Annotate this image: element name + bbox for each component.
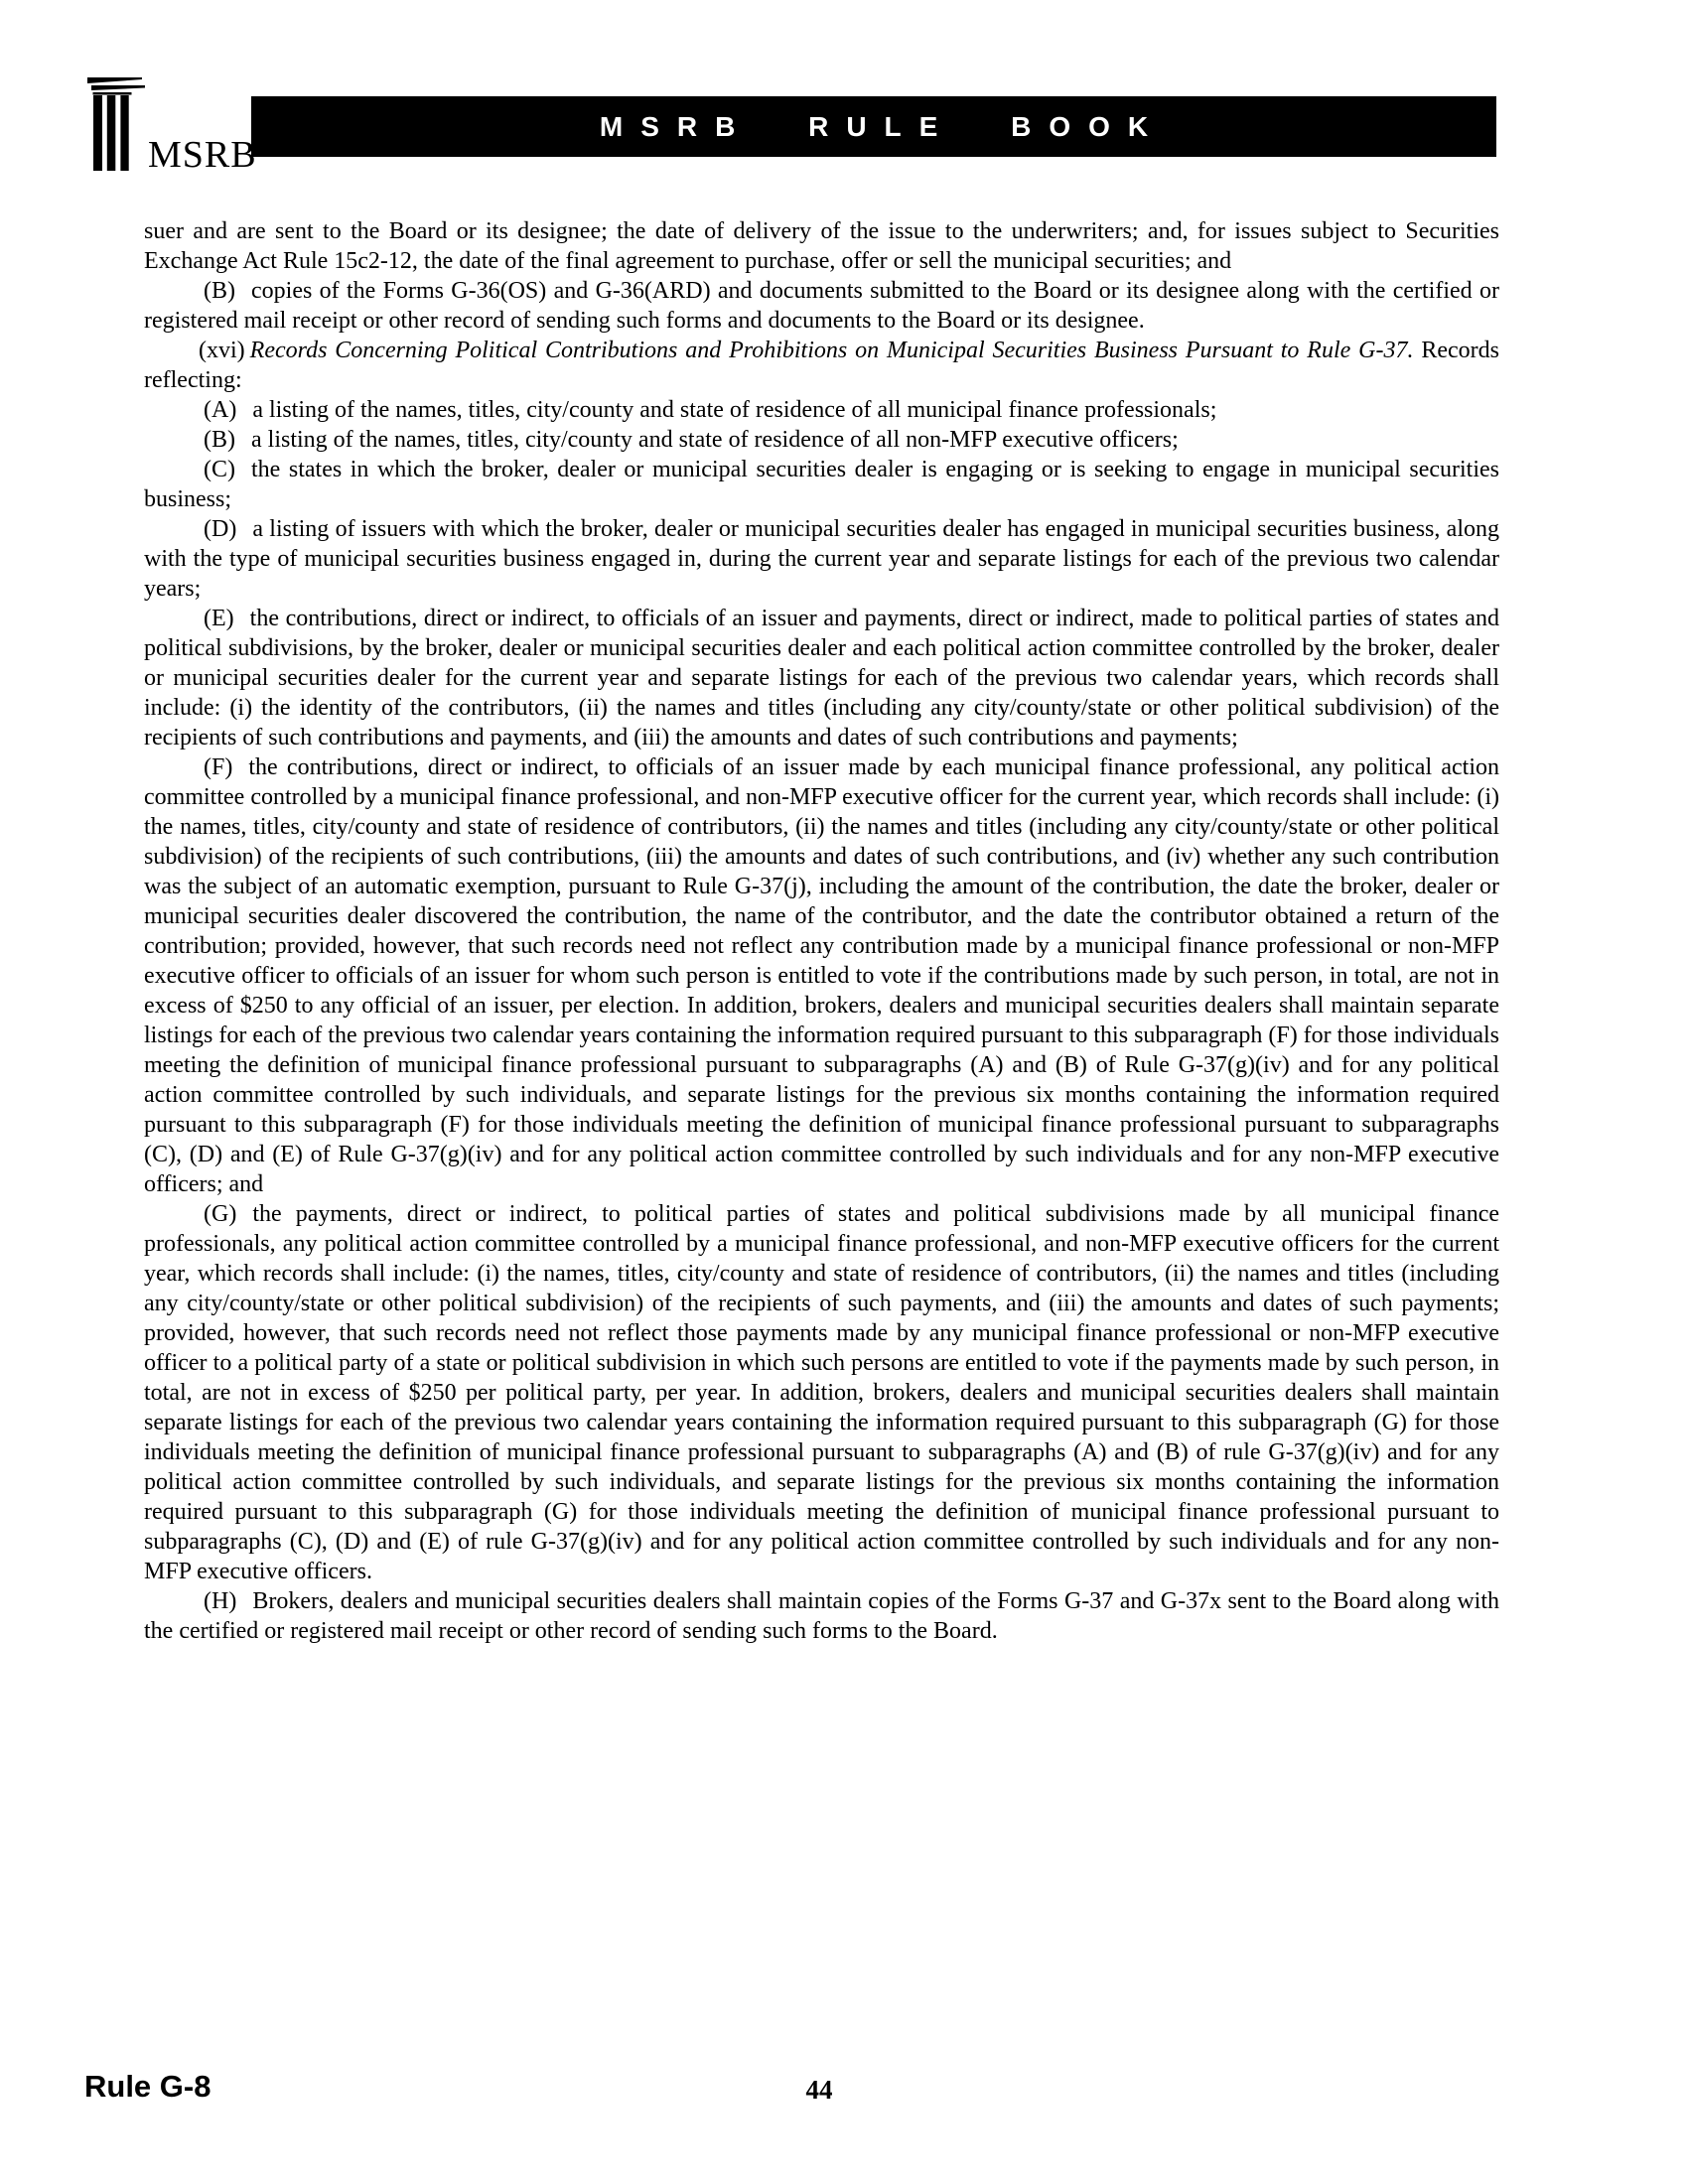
document-page: MSRB MSRB RULE BOOK suer and are sent to… (0, 0, 1688, 2184)
paragraph-item-b: (B)a listing of the names, titles, city/… (144, 425, 1499, 455)
item-label: (D) (204, 516, 236, 542)
item-label: (C) (204, 457, 235, 482)
paragraph-item-c: (C)the states in which the broker, deale… (144, 455, 1499, 514)
paragraph-text: a listing of issuers with which the brok… (144, 516, 1499, 602)
paragraph-item-h: (H)Brokers, dealers and municipal securi… (144, 1586, 1499, 1646)
msrb-column-icon (87, 77, 145, 171)
item-label: (H) (204, 1588, 236, 1614)
paragraph-item-a: (A)a listing of the names, titles, city/… (144, 395, 1499, 425)
item-label: (B) (204, 427, 235, 453)
paragraph-text: a listing of the names, titles, city/cou… (251, 427, 1179, 453)
paragraph-text: suer and are sent to the Board or its de… (144, 218, 1499, 274)
page-number: 44 (770, 2077, 869, 2104)
msrb-logo: MSRB (87, 77, 257, 171)
paragraph-xvi-heading: (xvi)Records Concerning Political Contri… (144, 336, 1499, 395)
paragraph-continuation: suer and are sent to the Board or its de… (144, 216, 1499, 276)
item-label: (A) (204, 397, 236, 423)
item-label: (E) (204, 606, 234, 631)
paragraph-item-b36: (B)copies of the Forms G-36(OS) and G-36… (144, 276, 1499, 336)
paragraph-text: the payments, direct or indirect, to pol… (144, 1201, 1499, 1584)
paragraph-text: the contributions, direct or indirect, t… (144, 754, 1499, 1197)
paragraph-item-g: (G)the payments, direct or indirect, to … (144, 1199, 1499, 1586)
item-label: (xvi) (199, 338, 245, 363)
item-label: (F) (204, 754, 232, 780)
item-label: (B) (204, 278, 235, 304)
paragraph-item-f: (F)the contributions, direct or indirect… (144, 752, 1499, 1199)
paragraph-item-d: (D)a listing of issuers with which the b… (144, 514, 1499, 604)
paragraph-text: a listing of the names, titles, city/cou… (252, 397, 1216, 423)
msrb-logo-text: MSRB (148, 136, 257, 174)
paragraph-text: the states in which the broker, dealer o… (144, 457, 1499, 512)
xvi-title-italic: Records Concerning Political Contributio… (250, 338, 1414, 363)
paragraph-text: copies of the Forms G-36(OS) and G-36(AR… (144, 278, 1499, 334)
paragraph-item-e: (E)the contributions, direct or indirect… (144, 604, 1499, 752)
item-label: (G) (204, 1201, 236, 1227)
paragraph-text: Brokers, dealers and municipal securitie… (144, 1588, 1499, 1644)
footer-rule-label: Rule G-8 (84, 2071, 211, 2102)
rule-book-banner: MSRB RULE BOOK (251, 96, 1496, 157)
rule-text-body: suer and are sent to the Board or its de… (144, 216, 1499, 1646)
paragraph-text: the contributions, direct or indirect, t… (144, 606, 1499, 751)
banner-title: MSRB RULE BOOK (582, 111, 1166, 143)
